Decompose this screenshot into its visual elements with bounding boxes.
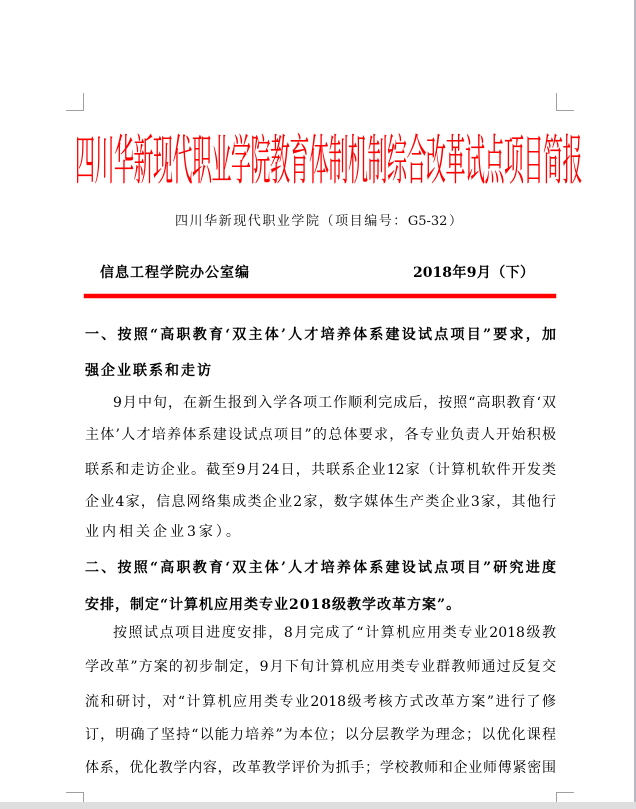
section-1-paragraph-line: 业内相关企业3家）。 <box>85 523 556 541</box>
section-1-paragraph-line: 企业4家，信息网络集成类企业2家，数字媒体生产类企业3家，其他行 <box>85 493 556 511</box>
project-subtitle: 四川华新现代职业学院（项目编号：G5-32） <box>175 214 462 230</box>
section-1-heading-line: 强企业联系和走访 <box>85 362 556 380</box>
section-1-heading-line: 一、按照“高职教育‘双主体’人才培养体系建设试点项目”要求，加 <box>85 326 556 344</box>
section-1-paragraph-line: 9月中旬，在新生报到入学各项工作顺利完成后，按照“高职教育‘双 <box>113 394 556 412</box>
document-page: 四川华新现代职业学院教育体制机制综合改革试点项目简报 四川华新现代职业学院（项目… <box>0 0 634 802</box>
section-1-paragraph-line: 主体’人才培养体系建设试点项目”的总体要求，各专业负责人开始积极 <box>85 426 556 444</box>
section-1-paragraph-line: 联系和走访企业。截至9月24日，共联系企业12家（计算机软件开发类 <box>85 461 556 479</box>
editor-label: 信息工程学院办公室编 <box>100 264 249 282</box>
red-divider-line <box>84 294 556 298</box>
margin-corner-top-right <box>556 93 574 111</box>
section-2-heading-line: 二、按照“高职教育‘双主体’人才培养体系建设试点项目”研究进度 <box>85 559 556 577</box>
margin-corner-bottom-left <box>66 792 84 802</box>
section-2-paragraph-line: 按照试点项目进度安排，8月完成了“计算机应用类专业2018级教 <box>113 624 556 642</box>
page-gap-bar <box>0 802 636 809</box>
margin-corner-top-left <box>66 93 84 111</box>
section-2-paragraph-line: 订，明确了坚持“以能力培养”为本位；以分层教学为理念；以优化课程 <box>85 726 556 744</box>
section-2-paragraph-line: 流和研讨，对“计算机应用类专业2018级考核方式改革方案”进行了修 <box>85 693 556 711</box>
section-2-heading-line: 安排，制定“计算机应用类专业2018级教学改革方案”。 <box>85 596 556 614</box>
issue-date: 2018年9月（下） <box>413 264 534 282</box>
section-2-paragraph-line: 体系，优化教学内容，改革教学评价为抓手；学校教师和企业师傅紧密围 <box>85 759 556 777</box>
section-2-paragraph-line: 学改革”方案的初步制定，9月下旬计算机应用类专业群教师通过反复交 <box>85 658 556 676</box>
margin-corner-bottom-right <box>556 792 574 802</box>
